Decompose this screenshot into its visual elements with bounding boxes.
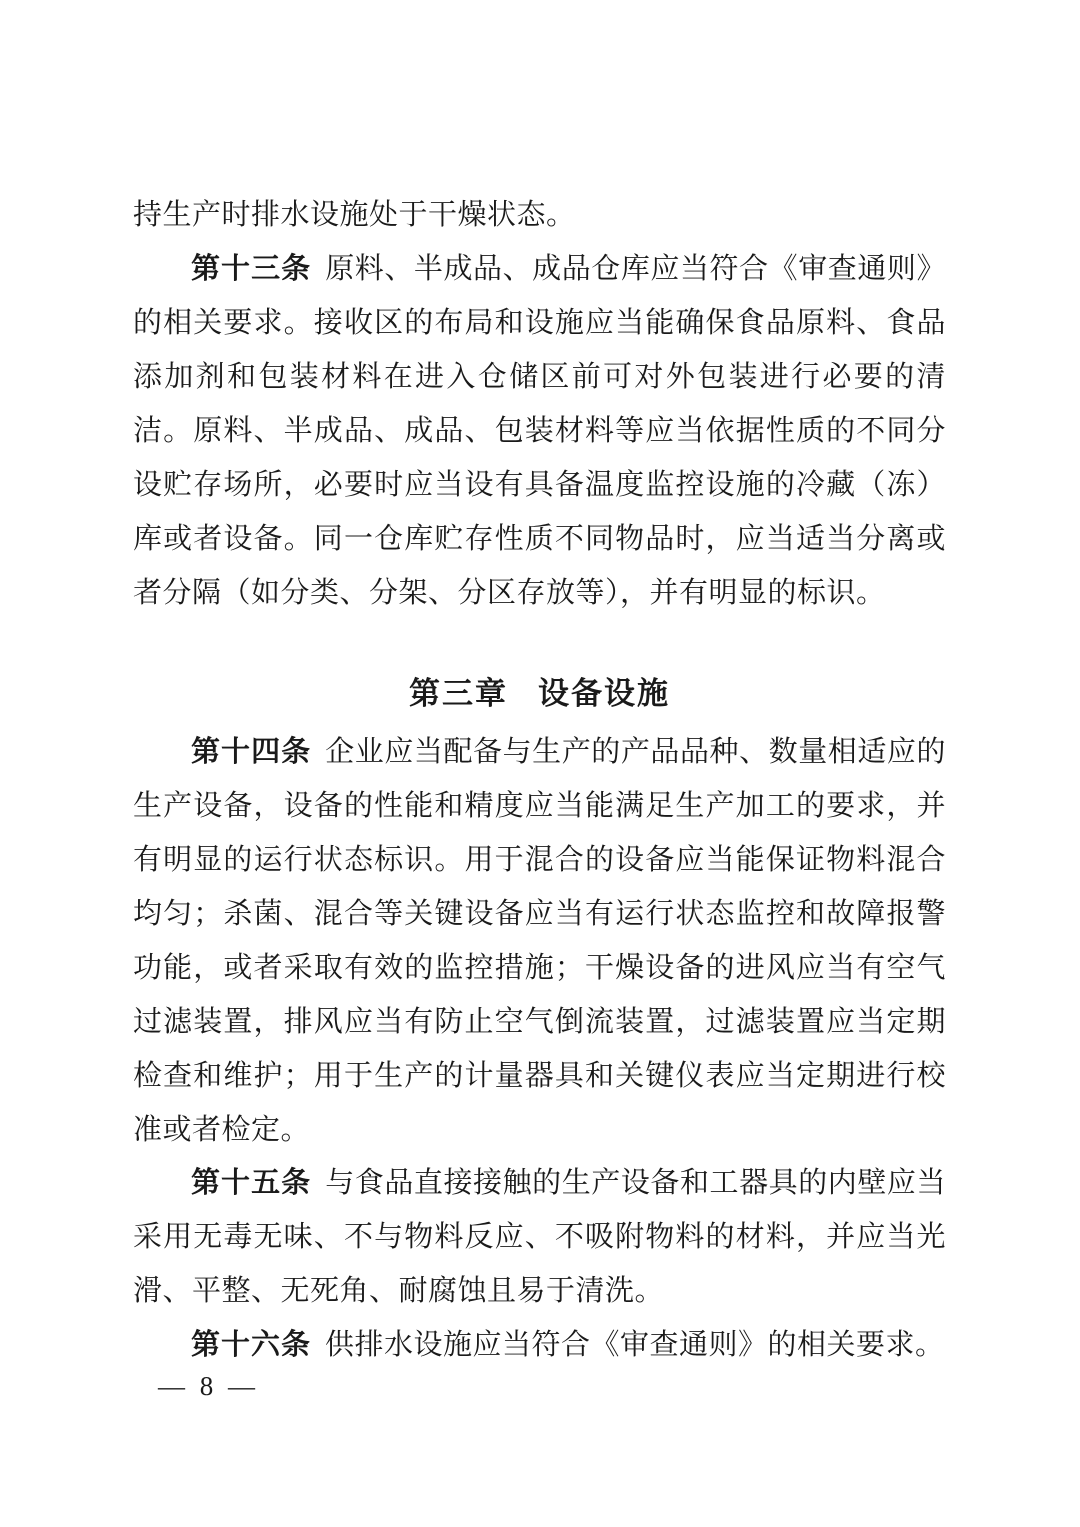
article-14-paragraph: 第十四条企业应当配备与生产的产品品种、数量相适应的生产设备，设备的性能和精度应当… — [133, 725, 946, 1157]
article-13-text: 原料、半成品、成品仓库应当符合《审查通则》的相关要求。接收区的布局和设施应当能确… — [133, 253, 946, 609]
document-page: 持生产时排水设施处于干燥状态。 第十三条原料、半成品、成品仓库应当符合《审查通则… — [0, 0, 1080, 1527]
paragraph-continuation: 持生产时排水设施处于干燥状态。 — [133, 188, 946, 242]
article-13-paragraph: 第十三条原料、半成品、成品仓库应当符合《审查通则》的相关要求。接收区的布局和设施… — [133, 242, 946, 620]
article-16-paragraph: 第十六条供排水设施应当符合《审查通则》的相关要求。 — [133, 1318, 946, 1372]
chapter-number: 第三章 — [409, 676, 508, 711]
article-16-number: 第十六条 — [191, 1329, 311, 1361]
article-15-number: 第十五条 — [191, 1167, 311, 1199]
chapter-title: 设备设施 — [538, 676, 670, 711]
page-footer: — 8 — — [158, 1370, 259, 1402]
article-14-number: 第十四条 — [191, 736, 311, 768]
article-15-paragraph: 第十五条与食品直接接触的生产设备和工器具的内壁应当采用无毒无味、不与物料反应、不… — [133, 1156, 946, 1318]
page-number: — 8 — — [158, 1371, 259, 1401]
chapter-heading: 第三章设备设施 — [133, 664, 946, 724]
article-13-number: 第十三条 — [191, 253, 311, 285]
article-16-text: 供排水设施应当符合《审查通则》的相关要求。 — [325, 1329, 945, 1361]
article-14-text: 企业应当配备与生产的产品品种、数量相适应的生产设备，设备的性能和精度应当能满足生… — [133, 736, 946, 1146]
